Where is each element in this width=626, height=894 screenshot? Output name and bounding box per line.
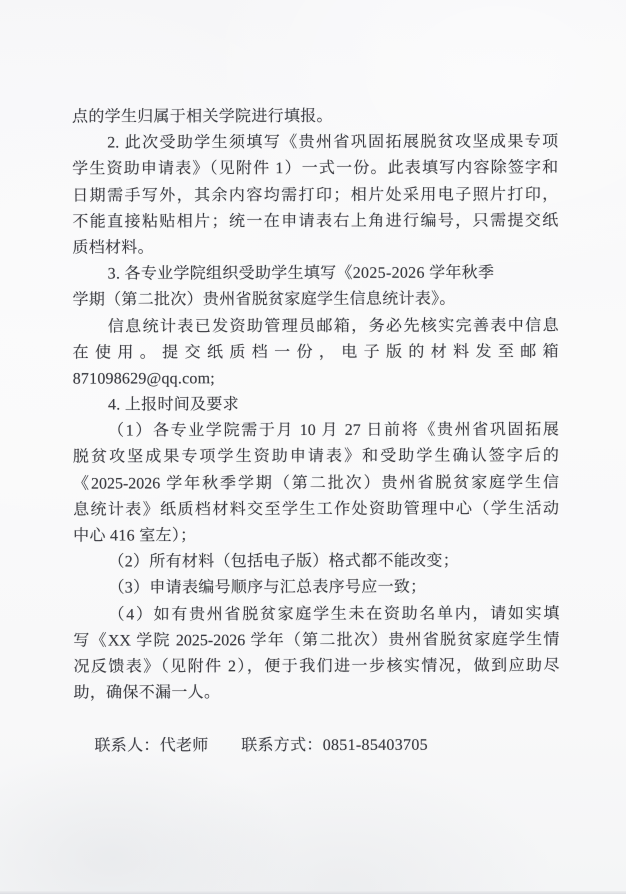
text-line: （3）申请表编号顺序与汇总表序号应一致； (73, 575, 559, 602)
text-line: 助，确保不漏一人。 (74, 679, 560, 706)
blank-line (74, 706, 560, 733)
text-line: 点的学生归属于相关学院进行填报。 (72, 103, 558, 130)
text-line: 息统计表》纸质档材料交至学生工作处资助管理中心（学生活动 (73, 496, 559, 523)
email-line: 871098629@qq.com; (73, 365, 559, 392)
text-line: 日期需手写外，其余内容均需打印；相片处采用电子照片打印， (72, 182, 558, 209)
text-line: 《2025-2026 学年秋季学期（第二批次）贵州省脱贫家庭学生信 (73, 470, 559, 497)
text-line: （2）所有材料（包括电子版）格式都不能改变； (73, 549, 559, 576)
text-line: 信息统计表已发资助管理员邮箱，务必先核实完善表中信息 (73, 313, 559, 340)
text-line: 脱贫攻坚成果专项学生资助申请表》和受助学生确认签字后的 (73, 444, 559, 471)
text-line: 学生资助申请表》（见附件 1）一式一份。此表填写内容除签字和 (72, 156, 558, 183)
text-line: 4. 上报时间及要求 (73, 391, 559, 418)
contact-line: 联系人：代老师 联系方式：0851-85403705 (74, 732, 560, 759)
text-line: 质档材料。 (72, 234, 558, 261)
text-line: 写《XX 学院 2025-2026 学年（第二批次）贵州省脱贫家庭学生情 (73, 627, 559, 654)
scanned-document-page: 点的学生归属于相关学院进行填报。 2. 此次受助学生须填写《贵州省巩固拓展脱贫攻… (0, 0, 626, 894)
text-line: （1）各专业学院需于月 10 月 27 日前将《贵州省巩固拓展 (73, 418, 559, 445)
text-line: 3. 各专业学院组织受助学生填写《2025-2026 学年秋季 (72, 260, 558, 287)
text-line: 况反馈表》（见附件 2），便于我们进一步核实情况，做到应助尽 (73, 653, 559, 680)
text-line: 在使用。提交纸质档一份，电子版的材料发至邮箱 (73, 339, 559, 366)
text-line: 不能直接粘贴相片；统一在申请表右上角进行编号，只需提交纸 (72, 208, 558, 235)
text-line: 2. 此次受助学生须填写《贵州省巩固拓展脱贫攻坚成果专项 (72, 130, 558, 157)
document-text-block: 点的学生归属于相关学院进行填报。 2. 此次受助学生须填写《贵州省巩固拓展脱贫攻… (72, 103, 560, 759)
text-line: 中心 416 室左）； (73, 522, 559, 549)
text-line: 学期（第二批次）贵州省脱贫家庭学生信息统计表》。 (72, 287, 558, 314)
text-line: （4）如有贵州省脱贫家庭学生未在资助名单内，请如实填 (73, 601, 559, 628)
